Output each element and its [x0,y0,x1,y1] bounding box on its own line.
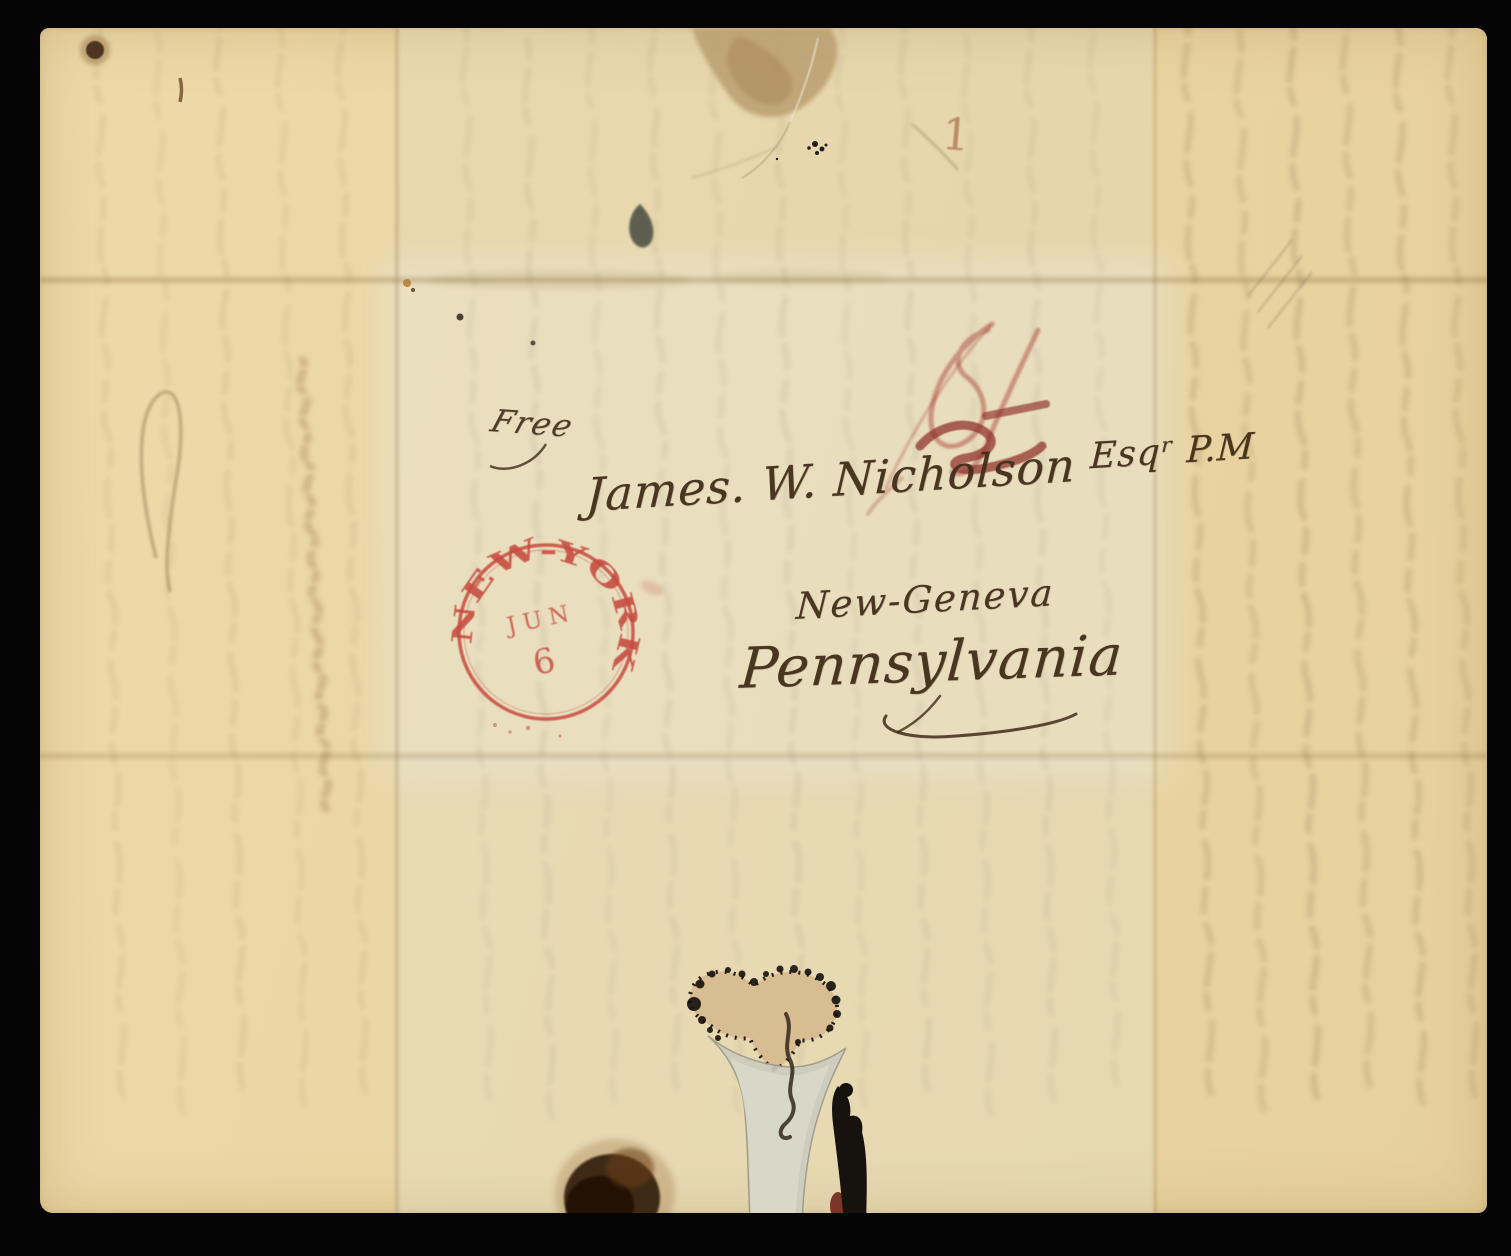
fold-crease-horizontal-top [40,275,1487,285]
top-edge-stain [692,28,837,178]
addressee-name: James. W. Nicholson [585,438,1077,522]
postmark-city-text: NEW-YORK [446,532,646,689]
address-line-name: James. W. NicholsonEsqʳ P.M [585,427,1256,522]
paper-tone-left [40,28,396,1213]
paper-tone-top-center [396,28,1154,278]
letter-paper: NEW-YORK JUN 6 1 Free James. W. Nicholso… [40,28,1487,1213]
postmark-inner-ring [447,533,646,732]
free-frank-flourish [490,444,546,469]
address-line-state: Pennsylvania [738,623,1125,702]
fold-crease-horizontal-bottom [40,751,1487,761]
paper-tear [708,1014,846,1213]
wax-streak [830,1083,867,1213]
postmark-outer-ring [446,532,646,732]
postmark-month-text: JUN [503,600,579,640]
rate-mark: 1 [940,109,972,162]
marks-layer [40,28,1487,1213]
addressee-suffix: Esqʳ P.M [1089,426,1255,477]
free-frank-notation: Free [486,404,578,445]
ink-blot-stain [555,1139,675,1213]
postmark-spatter [493,577,665,737]
address-line-town: New-Geneva [795,571,1056,628]
postmark-stamp: NEW-YORK JUN 6 [446,532,646,732]
misc-spots [80,35,958,346]
paper-tone-right [1154,28,1487,1213]
wax-seal-remnant [687,965,841,1071]
ink-specks [776,141,828,160]
pennsylvania-flourish [884,696,1076,737]
bleedthrough-script-layer [40,28,1487,1213]
paper-tone-bottom-center [396,756,1154,1213]
scan-frame: NEW-YORK JUN 6 1 Free James. W. Nicholso… [0,0,1511,1256]
fold-crease-vertical-right [1152,28,1158,1213]
pencil-hatch-marks [1248,240,1312,328]
left-docket-bleed [141,392,180,592]
postmark-day-text: 6 [529,640,558,684]
bleedthrough-columns [96,28,1476,1120]
fold-crease-vertical-left [394,28,400,1213]
